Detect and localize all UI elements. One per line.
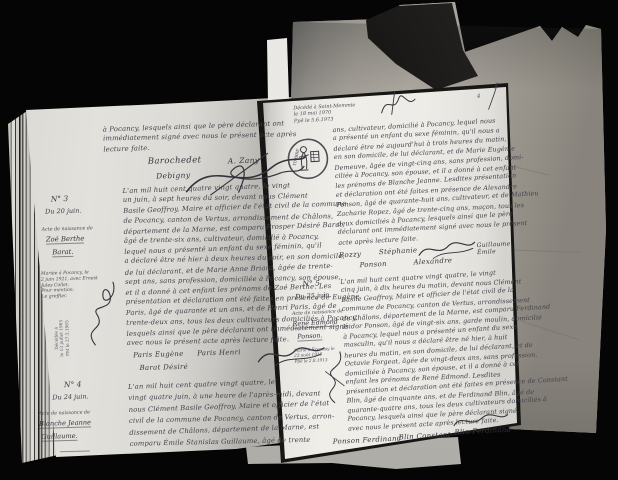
act4-margin-date: Du 24 juin. [52, 392, 89, 401]
act4-margin-act-type: Acte de naissance de [39, 410, 90, 416]
act4-margin-name-line2: Guillaume. [41, 432, 78, 442]
act5-signature-3: Blin Ferdinand [454, 426, 511, 437]
act4-margin-name-line1: Blanche Jeanne [39, 418, 91, 428]
act4-signature-1: Bozzy [339, 250, 362, 259]
margin-paraph-icon [377, 89, 418, 117]
register-scan: à Pocancy, lesquels ainsi que le père dé… [0, 0, 618, 480]
act3-margin-act-type: Acte de naissance de [42, 226, 93, 232]
act3-signature-barat: Barat Désiré [139, 363, 188, 372]
act5-margin-name-line1: René Edmond [292, 318, 338, 329]
text-line: PM le 27.5.1965 [64, 303, 71, 373]
act5-margin-name-line2: Ponson. [297, 331, 323, 341]
death-margin-note: Décédé à Saint-Memmiele 18 mai 1970Ppé l… [293, 102, 356, 124]
act4-signature-2: Stéphanie [379, 246, 418, 256]
act3-margin-name-line2: Barat. [52, 248, 73, 258]
act4-signature-4: Ponson [359, 260, 387, 269]
right-page-content: Décédé à Saint-Memmiele 18 mai 1970Ppé l… [284, 72, 536, 464]
act5-signature-1: Ponson Ferdinand [333, 434, 402, 446]
act3-margin-date: Du 20 juin. [45, 207, 82, 216]
pencil-corner-number: 4 [477, 94, 481, 100]
act3-signature-paris-henri: Paris Henri [197, 348, 241, 357]
act3-signature-paris-eugene: Paris Eugène [133, 350, 184, 359]
left-page-content: à Pocancy, lesquels ainsi que le père dé… [30, 92, 325, 460]
act4-signature-5: Alexandre [413, 256, 452, 266]
act3-margin-number: N° 3 [51, 194, 69, 203]
pencil-slash-icon [484, 81, 502, 112]
act5-margin-act-type: Acte de naissance de [292, 309, 343, 317]
act3-margin-name-line1: Zoé Berthe [46, 235, 85, 245]
margin-underline [60, 450, 90, 452]
fiscal-stamp-icon: TIMBRE [285, 136, 331, 182]
act4-margin-number: N° 4 [64, 380, 82, 389]
act4-continuation-text: ans, cultivateur, domicilié à Pocancy, l… [332, 116, 516, 247]
act5-signature-2: Blin Constant [398, 431, 451, 442]
act5-margin-date: Du 25 juin. [295, 291, 332, 301]
act4-signature-3: Guillaume Émile [477, 240, 526, 256]
act5-margin-number: N° 5 [302, 278, 320, 288]
